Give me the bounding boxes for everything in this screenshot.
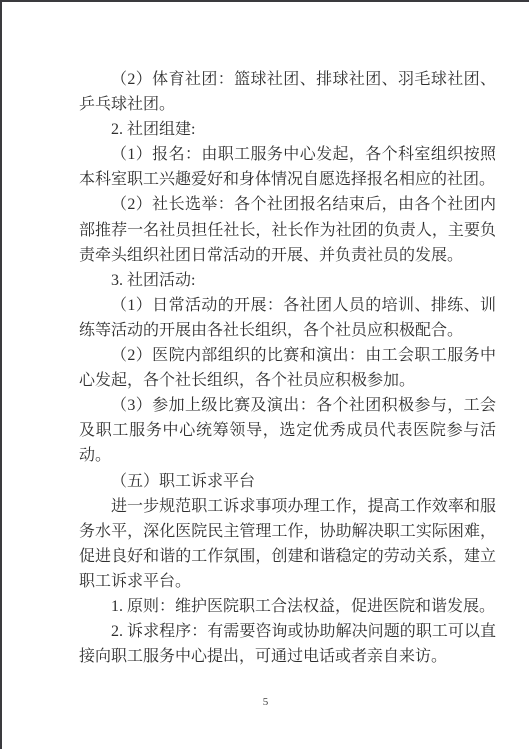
paragraph: （2）医院内部组织的比赛和演出：由工会职工服务中心发起，各个社长组织，各个社员应… bbox=[79, 343, 496, 393]
paragraph: 2. 诉求程序：有需要咨询或协助解决问题的职工可以直接向职工服务中心提出，可通过… bbox=[79, 619, 496, 669]
paragraph: （1）日常活动的开展：各社团人员的培训、排练、训练等活动的开展由各社长组织，各个… bbox=[79, 293, 496, 343]
page-number: 5 bbox=[2, 696, 529, 708]
paragraph: 3. 社团活动: bbox=[79, 268, 496, 293]
document-body: （2）体育社团：篮球社团、排球社团、羽毛球社团、乒乓球社团。2. 社团组建:（1… bbox=[79, 67, 496, 669]
paragraph: 进一步规范职工诉求事项办理工作，提高工作效率和服务水平，深化医院民主管理工作，协… bbox=[79, 494, 496, 594]
paragraph: 2. 社团组建: bbox=[79, 117, 496, 142]
paragraph: （2）体育社团：篮球社团、排球社团、羽毛球社团、乒乓球社团。 bbox=[79, 67, 496, 117]
paragraph: （2）社长选举：各个社团报名结束后，由各个社团内部推荐一名社员担任社长，社长作为… bbox=[79, 192, 496, 267]
paragraph: （五）职工诉求平台 bbox=[79, 469, 496, 494]
document-page: （2）体育社团：篮球社团、排球社团、羽毛球社团、乒乓球社团。2. 社团组建:（1… bbox=[0, 0, 529, 749]
paragraph: （1）报名：由职工服务中心发起，各个科室组织按照本科室职工兴趣爱好和身体情况自愿… bbox=[79, 142, 496, 192]
paragraph: （3）参加上级比赛及演出：各个社团积极参与，工会及职工服务中心统筹领导，选定优秀… bbox=[79, 393, 496, 468]
paragraph: 1. 原则：维护医院职工合法权益，促进医院和谐发展。 bbox=[79, 594, 496, 619]
